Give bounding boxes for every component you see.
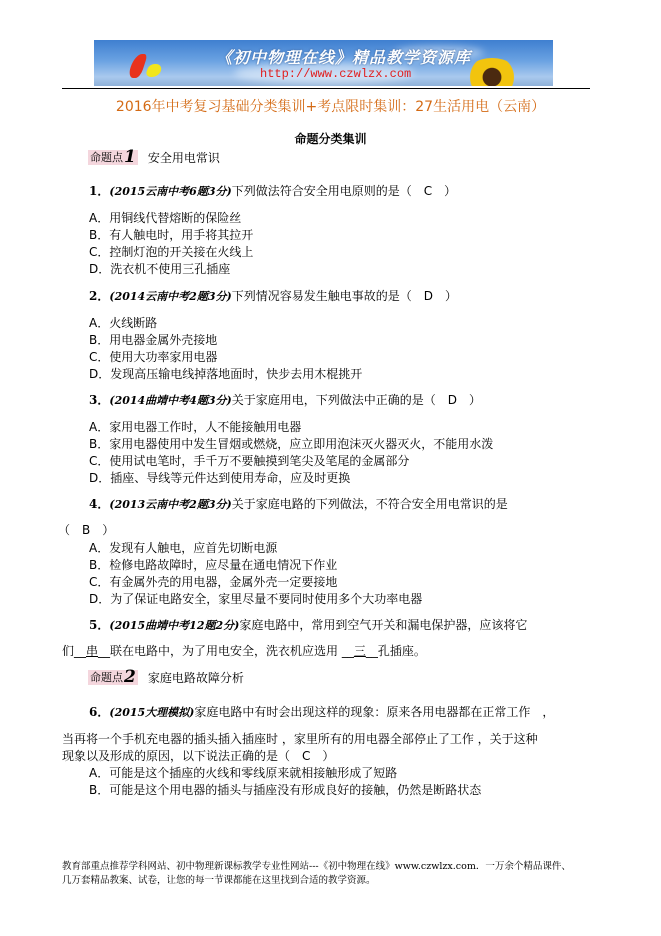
option: D．为了保证电路安全，家里尽量不要同时使用多个大功率电器 — [89, 591, 422, 607]
question-text: 家庭电路中，常用到空气开关和漏电保护器，应该将它 — [239, 618, 527, 632]
question-2-stem: 2．(2014云南中考2题3分)下列情况容易发生触电事故的是（ D ） — [89, 288, 457, 305]
question-text: 家庭电路中有时会出现这样的现象：原来各用电器都在正常工作 ， — [194, 705, 554, 719]
question-6-stem: 6．(2015大理模拟)家庭电路中有时会出现这样的现象：原来各用电器都在正常工作… — [89, 704, 554, 721]
text-fragment: 们__ — [62, 644, 86, 658]
question-text: 关于家庭电路的下列做法，不符合安全用电常识的是 — [232, 497, 508, 511]
text-fragment: __联在电路中，为了用电安全，洗衣机应选用 __ — [98, 644, 354, 658]
topic-number: 1 — [124, 150, 136, 165]
question-1-stem: 1．(2015云南中考6题3分)下列做法符合安全用电原则的是（ C ） — [89, 183, 456, 200]
header-divider — [62, 88, 590, 89]
question-6-line3: 现象以及形成的原因，以下说法正确的是（ C ） — [62, 748, 334, 764]
question-5-line2: 们__串__联在电路中，为了用电安全，洗衣机应选用 __三__孔插座。 — [62, 643, 426, 659]
question-source: (2015云南中考6题3分) — [109, 185, 231, 198]
option: C．使用试电笔时，手千万不要触摸到笔尖及笔尾的金属部分 — [89, 453, 409, 469]
topic-tag-label: 命题点 — [90, 670, 123, 685]
option: D．发现高压输电线掉落地面时，快步去用木棍挑开 — [89, 366, 362, 382]
question-source: (2015曲靖中考12题2分) — [109, 619, 239, 632]
topic-heading-2: 命题点 2 家庭电路故障分析 — [88, 669, 244, 686]
text-fragment: __孔插座。 — [366, 644, 426, 658]
option: B．有人触电时，用手将其拉开 — [89, 227, 253, 243]
option: B．检修电路故障时，应尽量在通电情况下作业 — [89, 557, 337, 573]
question-5-stem: 5．(2015曲靖中考12题2分)家庭电路中，常用到空气开关和漏电保护器，应该将… — [89, 617, 527, 634]
question-source: (2013云南中考2题3分) — [109, 498, 231, 511]
question-3-stem: 3．(2014曲靖中考4题3分)关于家庭用电，下列做法中正确的是（ D ） — [89, 392, 481, 409]
sunflower-icon — [464, 58, 520, 86]
answer-line: （ B ） — [58, 522, 114, 538]
question-source: (2014云南中考2题3分) — [109, 290, 231, 303]
option: C．有金属外壳的用电器，金属外壳一定要接地 — [89, 574, 337, 590]
topic-tag: 命题点 2 — [88, 670, 138, 685]
option: A．火线断路 — [89, 315, 157, 331]
banner-title: 《初中物理在线》精品教学资源库 — [216, 45, 471, 68]
question-text: 下列情况容易发生触电事故的是（ D ） — [232, 289, 457, 303]
option: D．洗衣机不使用三孔插座 — [89, 261, 230, 277]
topic-title: 安全用电常识 — [148, 149, 220, 166]
option: D．插座、导线等元件达到使用寿命，应及时更换 — [89, 470, 350, 486]
question-number: 6． — [89, 705, 109, 719]
page-footer: 教育部重点推荐学科网站、初中物理新课标教学专业性网站---《初中物理在线》www… — [62, 860, 571, 888]
option: C．控制灯泡的开关接在火线上 — [89, 244, 253, 260]
topic-title: 家庭电路故障分析 — [148, 669, 244, 686]
topic-heading-1: 命题点 1 安全用电常识 — [88, 149, 220, 166]
banner-url[interactable]: http://www.czwlzx.com — [260, 67, 411, 81]
section-heading: 命题分类集训 — [0, 130, 661, 147]
footer-line-1: 教育部重点推荐学科网站、初中物理新课标教学专业性网站---《初中物理在线》www… — [62, 860, 571, 874]
question-6-line2: 当再将一个手机充电器的插头插入插座时 ，家里所有的用电器全部停止了工作 ，关于这… — [62, 731, 538, 747]
option: A．可能是这个插座的火线和零线原来就相接触形成了短路 — [89, 765, 397, 781]
footer-line-2: 几万套精品教案、试卷，让您的每一节课都能在这里找到合适的教学资源。 — [62, 874, 571, 888]
topic-number: 2 — [124, 670, 136, 685]
option: B．家用电器使用中发生冒烟或燃烧，应立即用泡沫灭火器灭火，不能用水泼 — [89, 436, 493, 452]
question-number: 2． — [89, 289, 109, 303]
option: A．家用电器工作时，人不能接触用电器 — [89, 419, 301, 435]
question-source: (2014曲靖中考4题3分) — [109, 394, 231, 407]
question-number: 5． — [89, 618, 109, 632]
option: B．用电器金属外壳接地 — [89, 332, 217, 348]
question-text: 关于家庭用电，下列做法中正确的是（ D ） — [232, 393, 481, 407]
option: A．发现有人触电，应首先切断电源 — [89, 540, 277, 556]
site-banner: 《初中物理在线》精品教学资源库 http://www.czwlzx.com — [94, 40, 553, 86]
option: B．可能是这个用电器的插头与插座没有形成良好的接触，仍然是断路状态 — [89, 782, 481, 798]
option: C．使用大功率家用电器 — [89, 349, 217, 365]
question-number: 1． — [89, 184, 109, 198]
topic-tag: 命题点 1 — [88, 150, 138, 165]
question-number: 3． — [89, 393, 109, 407]
topic-tag-label: 命题点 — [90, 150, 123, 165]
question-number: 4． — [89, 497, 109, 511]
answer-blank: 串 — [86, 644, 98, 658]
question-text: 下列做法符合安全用电原则的是（ C ） — [232, 184, 456, 198]
question-source: (2015大理模拟) — [109, 706, 194, 719]
logo-icon — [127, 54, 148, 78]
question-4-stem: 4．(2013云南中考2题3分)关于家庭电路的下列做法，不符合安全用电常识的是 — [89, 496, 508, 513]
document-title: 2016年中考复习基础分类集训+考点限时集训：27生活用电（云南） — [0, 96, 661, 116]
answer-blank: 三 — [354, 644, 366, 658]
option: A．用铜线代替熔断的保险丝 — [89, 210, 241, 226]
logo-icon — [145, 64, 164, 77]
